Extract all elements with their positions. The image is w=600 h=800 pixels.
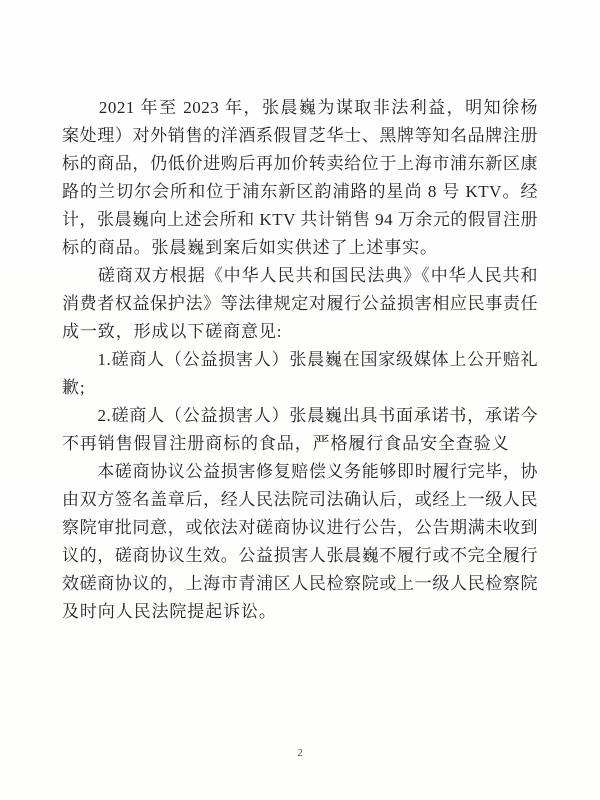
text-line: 察院审批同意，或依法对磋商协议进行公告，公告期满未收到异	[62, 514, 538, 542]
text-line: 效磋商协议的，上海市青浦区人民检察院或上一级人民检察院将	[62, 570, 538, 598]
document-page: 2021 年至 2023 年，张晨巍为谋取非法利益，明知徐杨（另 案处理）对外销…	[0, 0, 600, 800]
text-line: 磋商双方根据《中华人民共和国民法典》《中华人民共和国	[62, 262, 538, 290]
text-line: 消费者权益保护法》等法律规定对履行公益损害相应民事责任达	[62, 290, 538, 318]
text-line: 本磋商协议公益损害修复赔偿义务能够即时履行完毕，协议	[62, 458, 538, 486]
text-line: 及时向人民法院提起诉讼。	[62, 598, 538, 626]
text-line: 标的商品。张晨巍到案后如实供述了上述事实。	[62, 234, 538, 262]
text-line: 路的兰切尔会所和位于浦东新区韵浦路的星尚 8 号 KTV。经审	[62, 178, 538, 206]
text-line: 成一致，形成以下磋商意见:	[62, 318, 538, 346]
text-line: 不再销售假冒注册商标的食品，严格履行食品安全查验义务。	[62, 430, 538, 458]
text-line: 2.磋商人（公益损害人）张晨巍出具书面承诺书，承诺今后	[62, 402, 538, 430]
page-number: 2	[0, 746, 600, 760]
text-line: 案处理）对外销售的洋酒系假冒芝华士、黑牌等知名品牌注册商	[62, 122, 538, 150]
text-line: 计，张晨巍向上述会所和 KTV 共计销售 94 万余元的假冒注册商	[62, 206, 538, 234]
text-line: 标的商品，仍低价进购后再加价转卖给位于上海市浦东新区康沈	[62, 150, 538, 178]
text-line: 2021 年至 2023 年，张晨巍为谋取非法利益，明知徐杨（另	[62, 94, 538, 122]
text-line: 歉;	[62, 374, 538, 402]
document-body: 2021 年至 2023 年，张晨巍为谋取非法利益，明知徐杨（另 案处理）对外销…	[62, 94, 538, 626]
text-line: 1.磋商人（公益损害人）张晨巍在国家级媒体上公开赔礼道	[62, 346, 538, 374]
text-line: 议的，磋商协议生效。公益损害人张晨巍不履行或不完全履行生	[62, 542, 538, 570]
text-line: 由双方签名盖章后，经人民法院司法确认后，或经上一级人民检	[62, 486, 538, 514]
